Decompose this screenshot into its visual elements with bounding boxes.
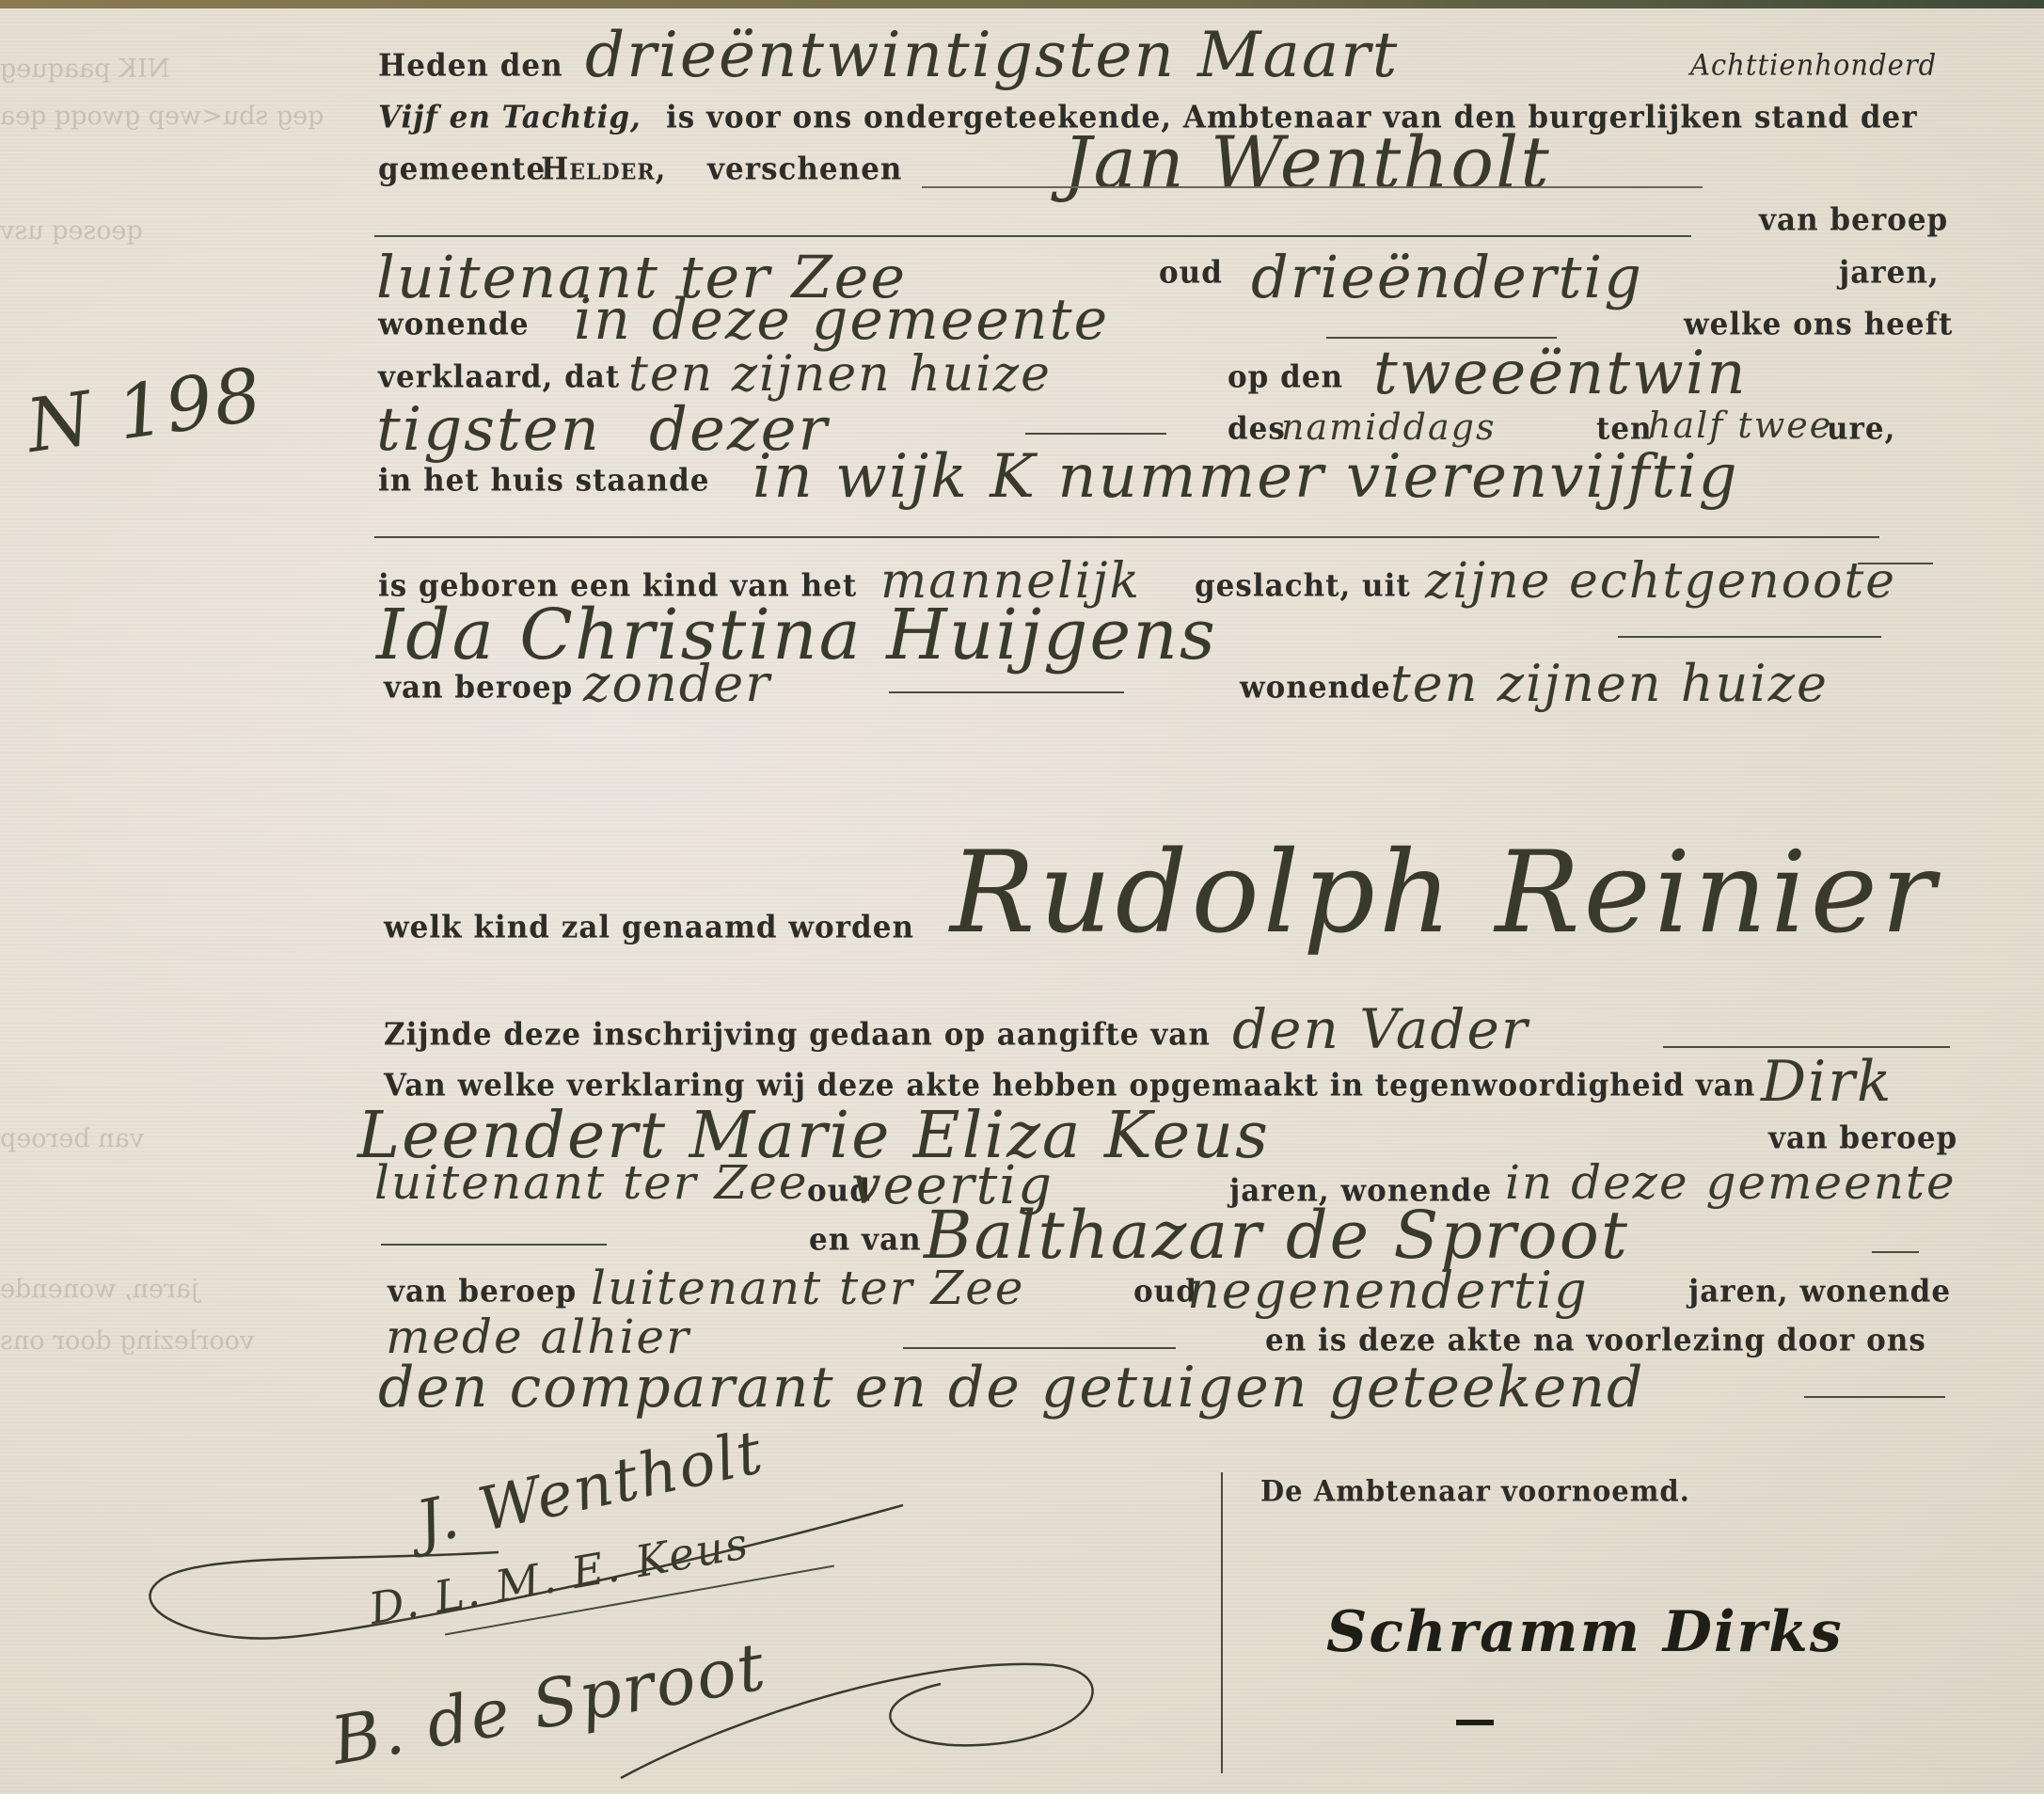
handwritten-witness-1-first: Dirk (1761, 1049, 1893, 1115)
handwritten-mother-occupation: zonder (583, 654, 771, 713)
printed-text: van beroep (384, 670, 573, 706)
handwritten-hour: half twee (1648, 405, 1832, 446)
printed-text: Vijf en Tachtig, (378, 100, 642, 135)
printed-text: wonende (1240, 670, 1391, 706)
printed-text: van beroep (1768, 1120, 1957, 1156)
handwritten-mother-residence: ten zijnen huize (1390, 654, 1829, 713)
handwritten-witness-2-age: negenendertig (1187, 1261, 1589, 1320)
printed-text: jaren, wonende (1688, 1274, 1951, 1310)
handwritten-relation: zijne echtgenoote (1425, 553, 1896, 610)
fill-line (903, 1347, 1176, 1349)
printed-municipality: Helder, (541, 151, 666, 187)
fill-line (381, 1244, 607, 1246)
printed-text: van beroep (388, 1274, 577, 1310)
fill-line (922, 186, 1703, 188)
fill-line (1872, 1251, 1919, 1253)
printed-text: jaren, (1839, 255, 1940, 291)
printed-text: ure, (1827, 411, 1895, 447)
printed-text: oud (1159, 255, 1223, 291)
signature-bracket (1221, 1472, 1227, 1773)
bleed-through-text: NIK paaqueg (0, 55, 169, 84)
printed-text: welk kind zal genaamd worden (384, 910, 914, 945)
handwritten-mother-name: Ida Christina Huijgens (376, 595, 1217, 675)
fill-line (1858, 563, 1933, 564)
printed-text: van beroep (1759, 202, 1948, 238)
printed-text: Heden den (378, 48, 563, 84)
fill-line (1804, 1396, 1945, 1398)
fill-line (889, 691, 1124, 693)
handwritten-age: drieëndertig (1251, 243, 1643, 311)
signature-mark (1456, 1720, 1494, 1725)
printed-text: verklaard, dat (378, 359, 620, 395)
handwritten-birth-day-cont: tigsten (376, 395, 601, 465)
handwritten-residence: in deze gemeente (574, 287, 1109, 353)
handwritten-address: in wijk K nummer vierenvijftig (753, 442, 1739, 512)
fill-line (1025, 433, 1166, 435)
handwritten-witness-2-occupation: luitenant ter Zee (591, 1261, 1024, 1315)
handwritten-declarant: den Vader (1232, 997, 1529, 1061)
signature-official: Schramm Dirks (1326, 1599, 1844, 1665)
printed-text: Zijnde deze inschrijving gedaan op aangi… (384, 1017, 1211, 1053)
bleed-through-text: van beroep (0, 1124, 144, 1153)
official-label: De Ambtenaar voornoemd. (1260, 1474, 1690, 1508)
bleed-through-text: jaren, wonende (0, 1275, 198, 1304)
printed-text: Achttienhonderd (1690, 48, 1937, 82)
page-top-edge (0, 0, 2044, 8)
handwritten-closing-formula: den comparant en de getuigen geteekend (378, 1355, 1644, 1421)
signature-flourish (602, 1637, 1129, 1787)
record-number: N 198 (22, 353, 268, 469)
printed-text: in het huis staande (378, 463, 709, 499)
bleed-through-text: qeoseq usv (0, 216, 143, 246)
handwritten-father-name: Jan Wentholt (1063, 120, 1551, 204)
bleed-through-text: qeg sbu<wep gwoqq qea (0, 102, 324, 131)
printed-text: wonende (378, 307, 530, 342)
printed-text: geslacht, uit (1195, 568, 1411, 604)
printed-text: en is deze akte na voorlezing door ons (1265, 1323, 1926, 1358)
handwritten-date: drieëntwintigsten Maart (585, 19, 1399, 91)
bleed-through-text: voorlezing door ons (0, 1326, 254, 1356)
handwritten-child-name: Rudolph Reinier (950, 828, 1939, 959)
printed-text: gemeente (378, 151, 546, 187)
printed-text: verschenen (707, 151, 902, 187)
fill-line (1618, 636, 1881, 638)
handwritten-place: ten zijnen huize (628, 346, 1052, 403)
fill-line (374, 536, 1879, 538)
printed-text: welke ons heeft (1684, 307, 1953, 342)
handwritten-birth-day: tweeëntwin (1373, 339, 1748, 408)
printed-text: op den (1228, 359, 1343, 395)
fill-line (374, 235, 1691, 237)
handwritten-witness-1-occupation: luitenant ter Zee (374, 1155, 808, 1210)
fill-line (1663, 1046, 1950, 1048)
printed-text: en van (809, 1222, 922, 1258)
